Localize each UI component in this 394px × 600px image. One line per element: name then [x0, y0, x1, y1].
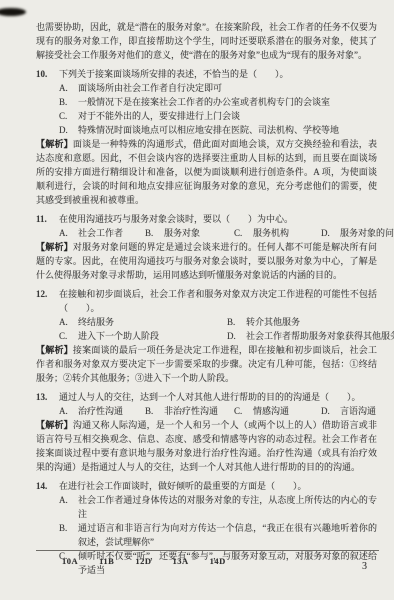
analysis-paragraph: 【解析】面谈是一种特殊的沟通形式，借此面对面地会谈，双方交换经验和看法，表达态度… — [36, 137, 377, 207]
option-text: 社会工作者通过身体传达的对服务对象的专注，从态度上所传达的内心的专注 — [78, 493, 377, 521]
answer-key-item: 13A — [172, 554, 188, 568]
answer-key-item: 14D — [210, 554, 226, 568]
option-label: A. — [59, 404, 78, 418]
option-text: 非治疗性沟通 — [164, 404, 218, 418]
option-label: B. — [59, 95, 78, 109]
option-c: C.情感沟通 — [234, 404, 321, 418]
options-row: A.社会工作者 B.服务对象 C.服务机构 D.服务对象的问题 — [59, 226, 377, 240]
question-13: 13. 通过人与人的交往，达到一个人对其他人进行帮助的目的的沟通是（ ）。 A.… — [36, 390, 377, 474]
option-text: 对于不能外出的人，要安排进行上门会谈 — [78, 109, 377, 123]
question-stem: 下列关于接案面谈场所安排的表述，不恰当的是（ ）。 — [59, 67, 377, 81]
analysis-text: 面谈是一种特殊的沟通形式，借此面对面地会谈，双方交换经验和看法，表达态度和意愿。… — [36, 139, 377, 205]
option-label: D. — [321, 404, 340, 418]
option-text: 社会工作者 — [78, 226, 123, 240]
answer-key-item: 12D — [135, 554, 151, 568]
option-label: C. — [59, 109, 78, 123]
analysis-paragraph: 【解析】沟通又称人际沟通，是一个人和另一个人（或两个以上的人）借助语言或非语言符… — [36, 418, 377, 474]
intro-paragraph: 也需要协助，因此，就是“潜在的服务对象”。在接案阶段，社会工作者的任务不仅要为现… — [36, 20, 377, 62]
option-label: D. — [321, 226, 340, 240]
option-a: A.社会工作者 — [59, 226, 145, 240]
page-number: 3 — [362, 560, 367, 574]
analysis-paragraph: 【解析】对服务对象问题的界定是通过会谈来进行的。任何人都不可能是解决所有问题的专… — [36, 240, 377, 282]
option-c: C. 对于不能外出的人，要安排进行上门会谈 — [59, 109, 377, 123]
option-d: D.言语沟通 — [321, 404, 377, 418]
scan-smudge-artifact — [0, 8, 26, 16]
option-label: A. — [59, 493, 78, 521]
question-11: 11. 在使用沟通技巧与服务对象会谈时，要以（ ）为中心。 A.社会工作者 B.… — [36, 212, 377, 282]
option-label: A. — [59, 81, 78, 95]
analysis-label: 【解析】 — [36, 242, 73, 252]
page-content: 也需要协助，因此，就是“潜在的服务对象”。在接案阶段，社会工作者的任务不仅要为现… — [36, 20, 377, 577]
question-number: 14. — [36, 479, 59, 577]
option-label: C. — [59, 329, 78, 343]
option-text: 服务机构 — [253, 226, 289, 240]
question-stem: 在进行社会工作面谈时，做好倾听的最重要的方面是（ ）。 — [59, 479, 377, 493]
option-text: 通过语言和非语言行为向对方传达一个信息，“我正在很有兴趣地听着你的叙述，尝试理解… — [78, 521, 377, 549]
option-d: D. 特殊情况时面谈地点可以相应地安排在医院、司法机构、学校等地 — [59, 123, 377, 137]
option-b: B.非治疗性沟通 — [145, 404, 234, 418]
options-row: A.治疗性沟通 B.非治疗性沟通 C.情感沟通 D.言语沟通 — [59, 404, 377, 418]
option-a: A. 社会工作者通过身体传达的对服务对象的专注，从态度上所传达的内心的专注 — [59, 493, 377, 521]
question-stem: 通过人与人的交往，达到一个人对其他人进行帮助的目的的沟通是（ ）。 — [59, 390, 377, 404]
option-b: B. 通过语言和非语言行为向对方传达一个信息，“我正在很有兴趣地听着你的叙述，尝… — [59, 521, 377, 549]
option-a: A.终结服务 — [59, 315, 227, 329]
option-d: D.社会工作者帮助服务对象获得其他服务 — [227, 329, 394, 343]
analysis-paragraph: 【解析】接案面谈的最后一项任务是决定工作进程，即在接触和初步面谈后，社会工作者和… — [36, 343, 377, 385]
option-text: 社会工作者帮助服务对象获得其他服务 — [246, 329, 394, 343]
question-12: 12. 在接触和初步面谈后，社会工作者和服务对象双方决定工作进程的可能性不包括（… — [36, 287, 377, 385]
scanned-exam-page: 也需要协助，因此，就是“潜在的服务对象”。在接案阶段，社会工作者的任务不仅要为现… — [0, 0, 394, 600]
option-label: B. — [145, 226, 164, 240]
option-label: B. — [145, 404, 164, 418]
option-text: 治疗性沟通 — [78, 404, 123, 418]
question-stem: 在接触和初步面谈后，社会工作者和服务对象双方决定工作进程的可能性不包括（ ）。 — [59, 287, 377, 315]
option-label: D. — [59, 123, 78, 137]
option-label: C. — [234, 404, 253, 418]
option-a: A.治疗性沟通 — [59, 404, 145, 418]
analysis-label: 【解析】 — [36, 139, 73, 149]
option-c: C.进入下一个助人阶段 — [59, 329, 227, 343]
option-label: B. — [59, 521, 78, 549]
option-text: 面谈场所由社会工作者自行决定即可 — [78, 81, 377, 95]
option-d: D.服务对象的问题 — [321, 226, 394, 240]
analysis-text: 接案面谈的最后一项任务是决定工作进程，即在接触和初步面谈后，社会工作者和服务对象… — [36, 345, 377, 383]
option-text: 情感沟通 — [253, 404, 289, 418]
analysis-text: 沟通又称人际沟通，是一个人和另一个人（或两个以上的人）借助语言或非语言符号互相交… — [36, 420, 377, 472]
options-grid: A.终结服务 B.转介其他服务 C.进入下一个助人阶段 D.社会工作者帮助服务对… — [59, 315, 377, 343]
answer-key-item: 10A — [62, 554, 78, 568]
option-b: B.服务对象 — [145, 226, 234, 240]
option-b: B. 一般情况下是在接案社会工作者的办公室或者机构专门的会谈室 — [59, 95, 377, 109]
option-label: B. — [227, 315, 246, 329]
option-b: B.转介其他服务 — [227, 315, 394, 329]
option-text: 言语沟通 — [340, 404, 376, 418]
option-text: 进入下一个助人阶段 — [78, 329, 159, 343]
question-stem: 在使用沟通技巧与服务对象会谈时，要以（ ）为中心。 — [59, 212, 377, 226]
answer-key: 10A 11B 12D 13A 14D — [62, 554, 226, 568]
option-text: 特殊情况时面谈地点可以相应地安排在医院、司法机构、学校等地 — [78, 123, 377, 137]
option-text: 转介其他服务 — [246, 315, 300, 329]
option-text: 一般情况下是在接案社会工作者的办公室或者机构专门的会谈室 — [78, 95, 377, 109]
option-text: 服务对象 — [164, 226, 200, 240]
option-label: A. — [59, 315, 78, 329]
option-label: A. — [59, 226, 78, 240]
option-text: 服务对象的问题 — [340, 226, 394, 240]
option-c: C.服务机构 — [234, 226, 321, 240]
option-label: D. — [227, 329, 246, 343]
answer-key-divider — [36, 550, 379, 551]
option-text: 终结服务 — [78, 315, 114, 329]
option-a: A. 面谈场所由社会工作者自行决定即可 — [59, 81, 377, 95]
question-10: 10. 下列关于接案面谈场所安排的表述，不恰当的是（ ）。 A. 面谈场所由社会… — [36, 67, 377, 207]
analysis-text: 对服务对象问题的界定是通过会谈来进行的。任何人都不可能是解决所有问题的专家。因此… — [36, 242, 377, 280]
analysis-label: 【解析】 — [36, 420, 73, 430]
answer-key-item: 11B — [99, 554, 114, 568]
option-label: C. — [234, 226, 253, 240]
analysis-label: 【解析】 — [36, 345, 73, 355]
